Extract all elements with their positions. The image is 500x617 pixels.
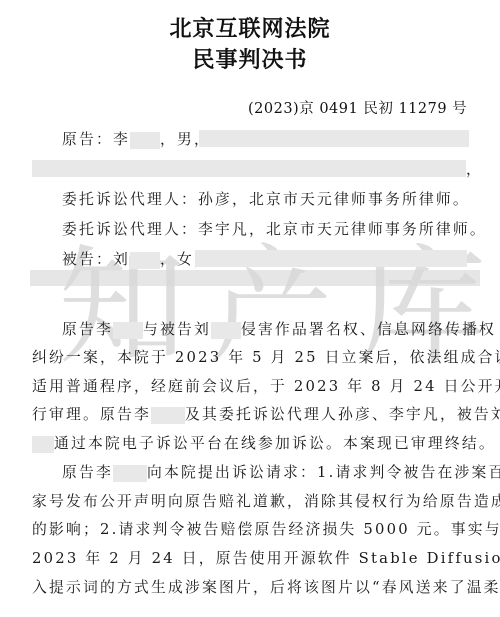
- text: 向本院提出诉讼请求：1.请求判令被告在涉案百: [147, 464, 500, 481]
- text: 原告李: [62, 464, 113, 481]
- comma: ，: [466, 158, 481, 179]
- body-line: 原告李向本院提出诉讼请求：1.请求判令被告在涉案百: [62, 461, 500, 482]
- body-line: 的影响；2.请求判令被告赔偿原告经济损失 5000 元。事实与理由：: [32, 518, 500, 539]
- body-line: 行审理。原告李及其委托诉讼代理人孙彦、李宇凡，被告刘: [32, 403, 500, 424]
- court-judgment-page: 知产库 北京互联网法院 民事判决书 (2023)京 0491 民初 11279 …: [0, 0, 500, 617]
- text: 通过本院电子诉讼平台在线参加诉讼。本案现已审理终结。: [54, 435, 496, 452]
- text: 侵害作品署名权、信息网络传播权: [241, 321, 496, 338]
- redaction: [151, 407, 185, 424]
- plaintiff-line: 原告：李，男，: [62, 128, 211, 149]
- body-line: 纠纷一案，本院于 2023 年 5 月 25 日立案后，依法组成合议庭，: [32, 346, 500, 367]
- text: 与被告刘: [143, 321, 211, 338]
- case-number: (2023)京 0491 民初 11279 号: [248, 97, 467, 118]
- agent-1: 委托诉讼代理人：孙彦，北京市天元律师事务所律师。: [62, 188, 470, 209]
- text: 原告李: [62, 321, 113, 338]
- body-line: 适用普通程序，经庭前会议后，于 2023 年 8 月 24 日公开开庭进: [32, 375, 500, 396]
- text: 及其委托诉讼代理人孙彦、李宇凡，被告刘: [185, 406, 500, 423]
- body-line: 原告李与被告刘侵害作品署名权、信息网络传播权: [62, 318, 496, 339]
- redaction: [199, 130, 469, 147]
- body-line: 通过本院电子诉讼平台在线参加诉讼。本案现已审理终结。: [32, 432, 496, 453]
- defendant-line: 被告：刘，女，: [62, 248, 211, 269]
- body-line: 入提示词的方式生成涉案图片，后将该图片以“春风送来了温柔”: [32, 576, 500, 597]
- redaction: [195, 250, 467, 267]
- defendant-label: 被告：刘: [62, 251, 130, 268]
- text: 行审理。原告李: [32, 406, 151, 423]
- agent-2: 委托诉讼代理人：李宇凡，北京市天元律师事务所律师。: [62, 218, 487, 239]
- plaintiff-label: 原告：李: [62, 131, 130, 148]
- redaction: [32, 436, 54, 453]
- redaction: [211, 322, 241, 339]
- redaction: [113, 322, 143, 339]
- redaction: [130, 252, 160, 269]
- redaction: [130, 132, 160, 149]
- document-type: 民事判决书: [0, 43, 500, 74]
- court-name: 北京互联网法院: [0, 12, 500, 43]
- body-line: 家号发布公开声明向原告赔礼道歉，消除其侵权行为给原告造成: [32, 490, 500, 511]
- redaction: [32, 160, 466, 177]
- redaction: [113, 465, 147, 482]
- body-line: 2023 年 2 月 24 日，原告使用开源软件 Stable Diffusio…: [32, 547, 500, 568]
